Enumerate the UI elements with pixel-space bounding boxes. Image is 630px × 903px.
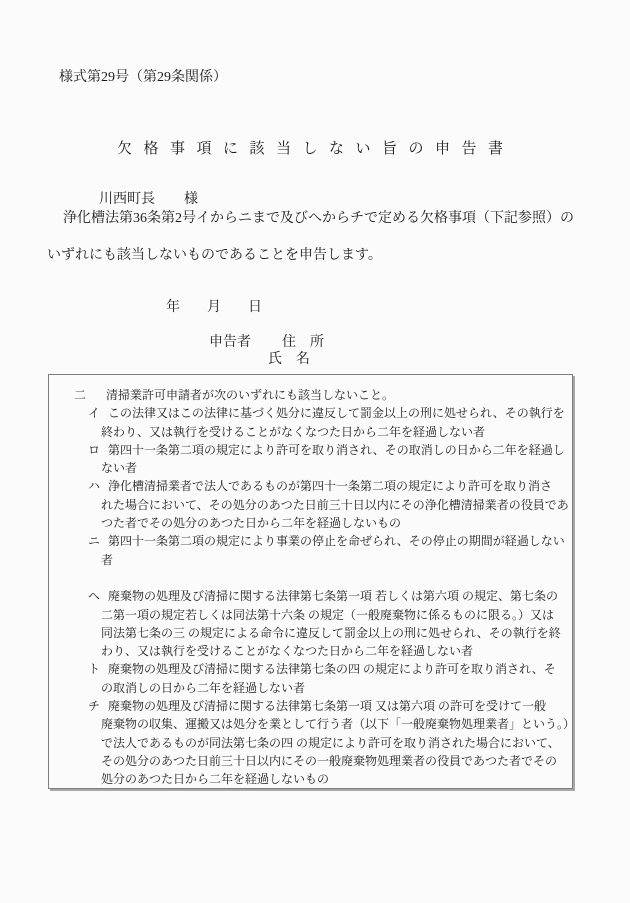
name-label: 氏 名 [268,351,310,369]
disqualification-items-box: 二 清掃業許可申請者が次のいずれにも該当しないこと。 イ この法律又はこの法律に… [48,374,573,789]
item-text: 廃棄物の処理及び清掃に関する法律第七条の四 の規定により許可を取り消され、そ の… [49,660,572,697]
item-marker: ニ [88,532,100,550]
day-label: 日 [248,300,262,315]
item-text: 廃棄物の処理及び清掃に関する法律第七条第一項 若しくは第六項 の規定、第七条の … [49,587,572,660]
item-text: 浄化槽清掃業者で法人であるものが第四十一条第二項の規定により許可を取り消さ れた… [49,477,572,532]
item-marker: ハ [88,477,100,495]
address-label: 住 所 [282,335,324,350]
addressee-name: 川西町長 [99,192,155,207]
item-text: 廃棄物の処理及び清掃に関する法律第七条第一項 又は第六項 の許可を受けて一般 廃… [49,697,572,788]
item-marker: イ [88,404,100,422]
box-item-to: ト 廃棄物の処理及び清掃に関する法律第七条の四 の規定により許可を取り消され、そ… [49,660,572,697]
form-number: 様式第29号（第29条関係） [59,69,227,87]
item-marker: ト [88,660,100,678]
item-text: 清掃業許可申請者が次のいずれにも該当しないこと。 [49,386,572,404]
item-text: 第四十一条第二項の規定により許可を取り消され、その取消しの日から二年を経過し な… [49,441,572,478]
month-label: 月 [207,300,221,315]
box-item-ha: ハ 浄化槽清掃業者で法人であるものが第四十一条第二項の規定により許可を取り消さ … [49,477,572,532]
honorific-label: 様 [184,192,198,207]
intro-paragraph-line-1: 浄化槽法第36条第2号イからニまで及びへからチで定める欠格事項（下記参照）の [63,210,574,228]
box-item-i: イ この法律又はこの法律に基づく処分に違反して罰金以上の刑に処せられ、その執行を… [49,404,572,441]
document-page: 様式第29号（第29条関係） 欠格事項に該当しない旨の申告書 川西町長様 浄化槽… [0,0,630,903]
intro-paragraph-line-2: いずれにも該当しないものであることを申告します。 [47,247,382,265]
box-item-he: ヘ 廃棄物の処理及び清掃に関する法律第七条第一項 若しくは第六項 の規定、第七条… [49,587,572,660]
page-title: 欠格事項に該当しない旨の申告書 [117,140,515,159]
box-item-nii: ニ 第四十一条第二項の規定により事業の停止を命ぜられ、その停止の期間が経過しない… [49,532,572,569]
item-marker: チ [88,697,100,715]
declarant-label: 申告者 [209,335,251,350]
item-marker: ロ [88,441,100,459]
item-marker: 二 [74,386,86,404]
box-item-ni-header: 二 清掃業許可申請者が次のいずれにも該当しないこと。 [49,386,572,404]
box-item-chi: チ 廃棄物の処理及び清掃に関する法律第七条第一項 又は第六項 の許可を受けて一般… [49,697,572,788]
item-text: この法律又はこの法律に基づく処分に違反して罰金以上の刑に処せられ、その執行を 終… [49,404,572,441]
item-marker: ヘ [88,587,100,605]
box-item-ro: ロ 第四十一条第二項の規定により許可を取り消され、その取消しの日から二年を経過し… [49,441,572,478]
year-label: 年 [166,300,180,315]
item-text: 第四十一条第二項の規定により事業の停止を命ぜられ、その停止の期間が経過しない 者 [49,532,572,569]
